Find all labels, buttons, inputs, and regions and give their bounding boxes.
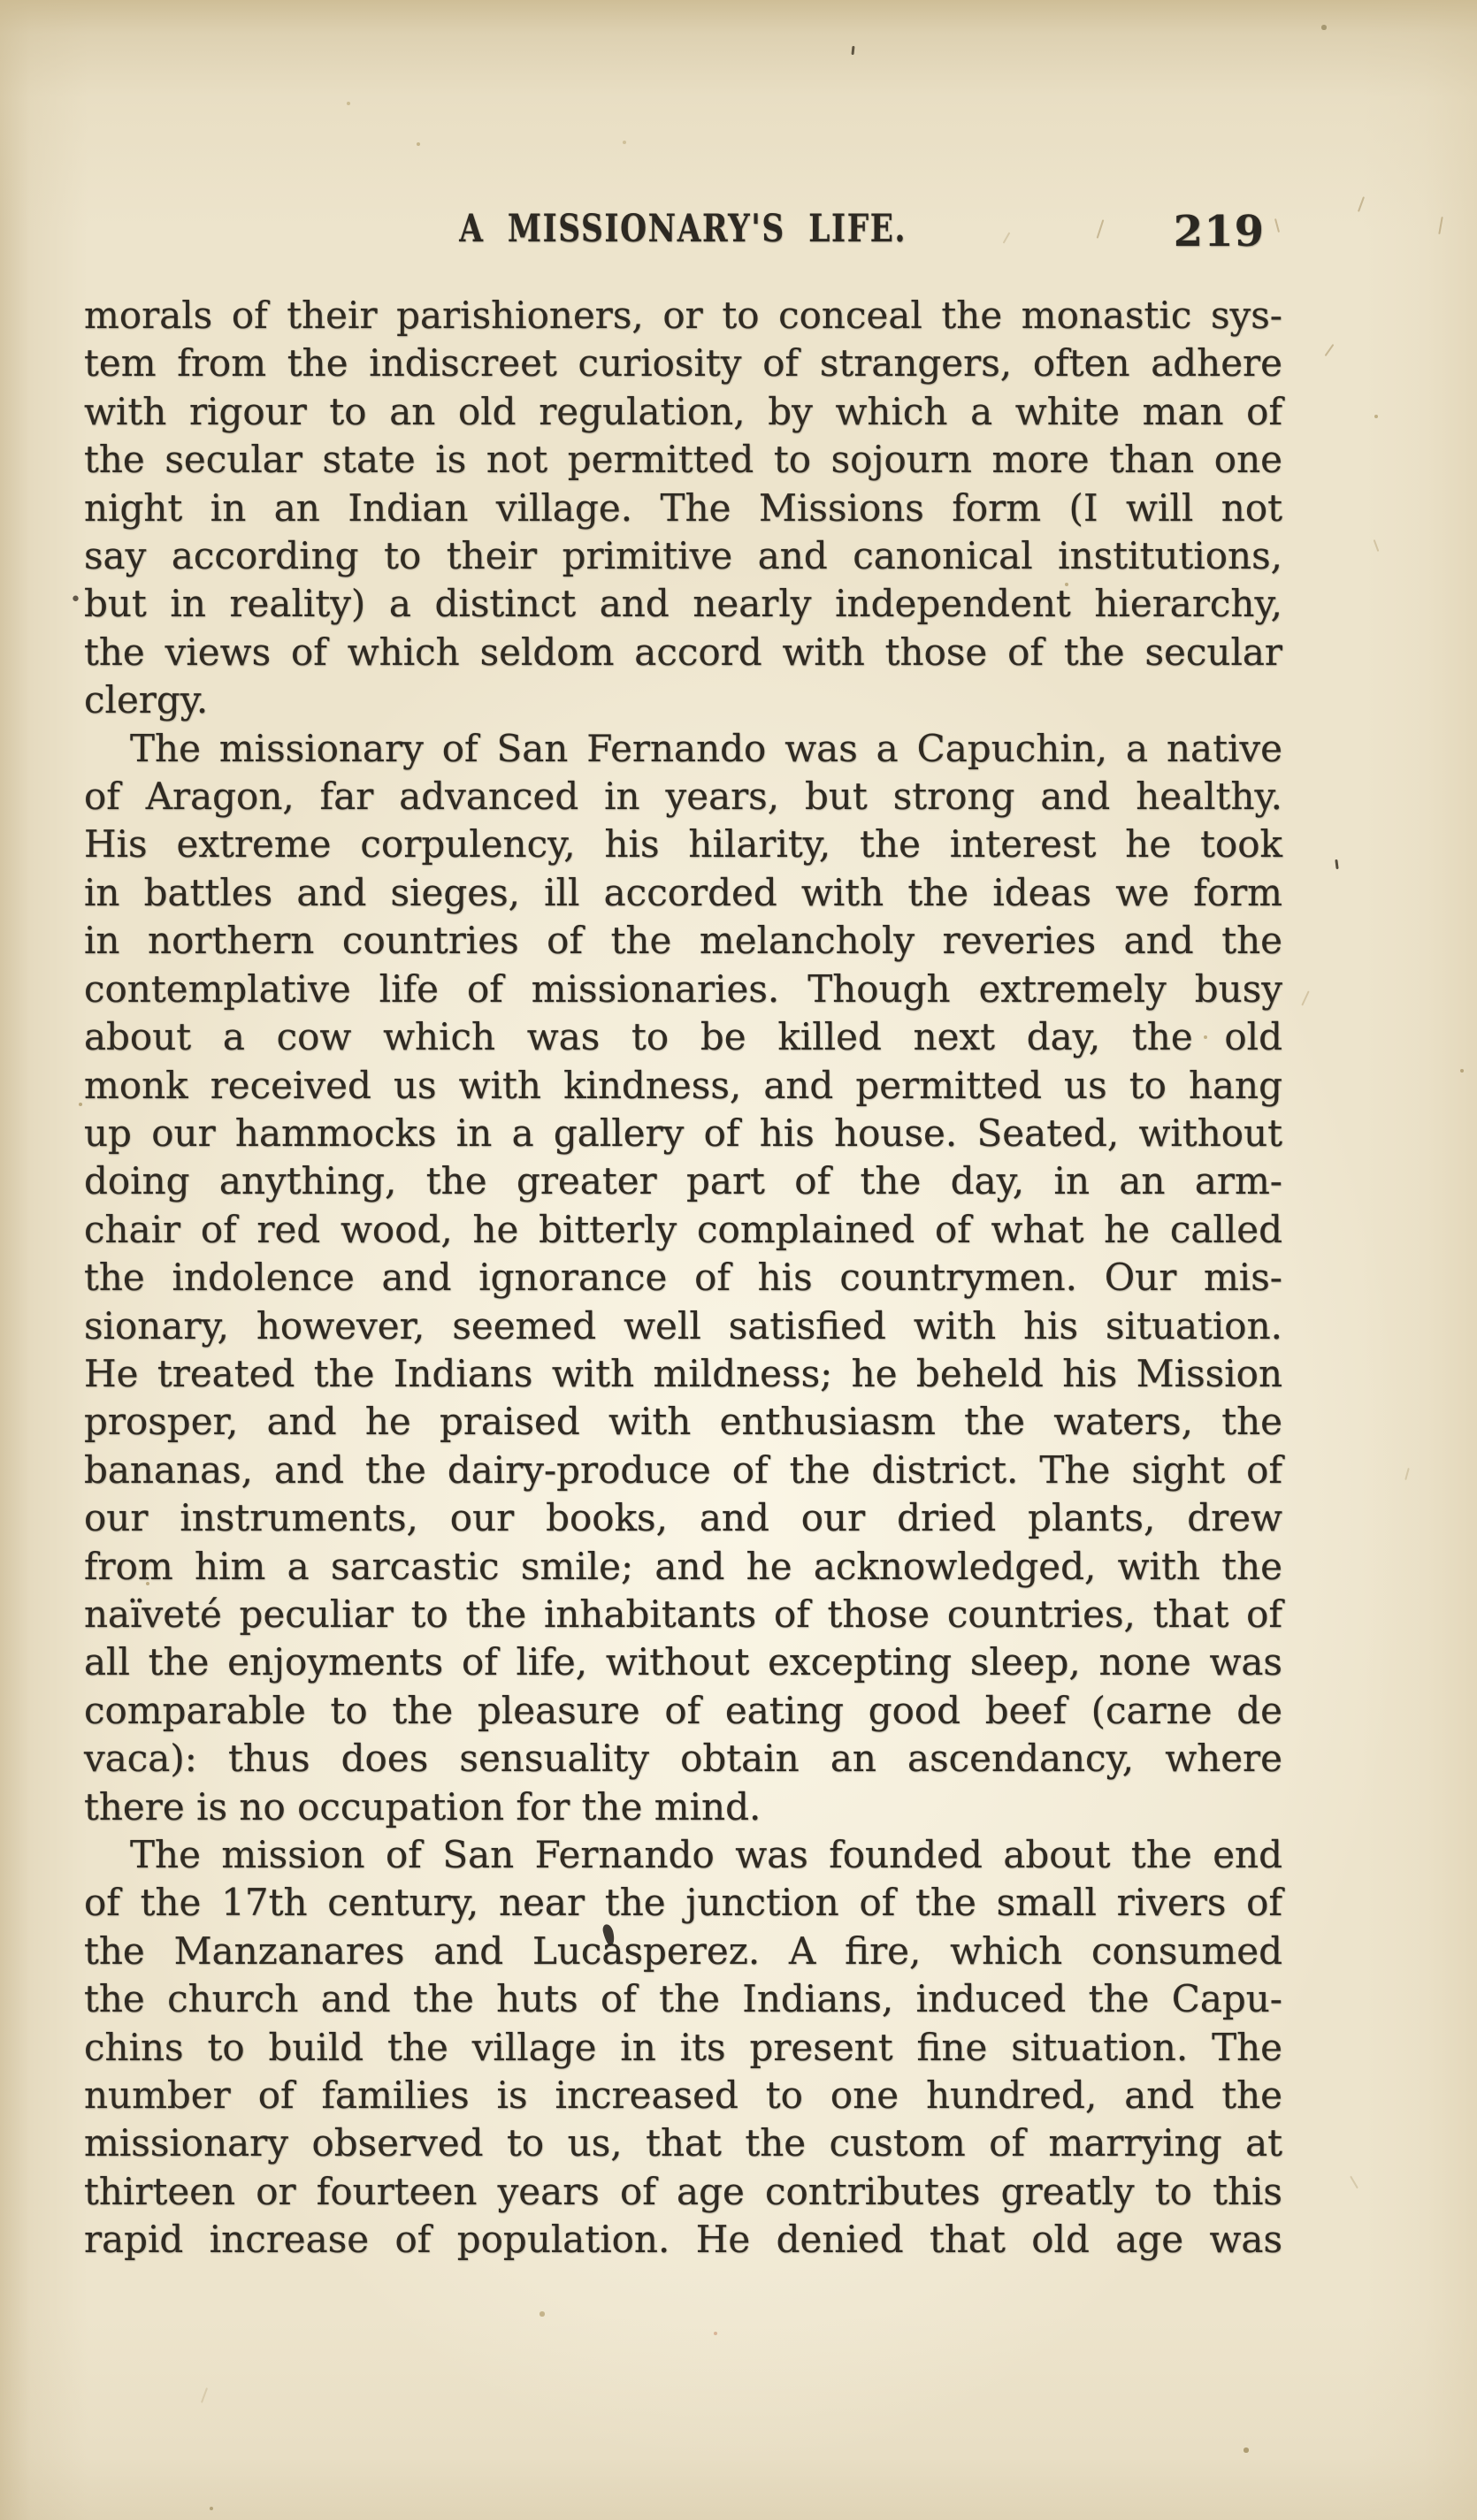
paper-fiber xyxy=(1301,990,1309,1005)
paper-fiber xyxy=(1325,344,1335,356)
text-line: His extreme corpulency, his hilarity, th… xyxy=(84,821,1282,868)
text-line: monk received us with kindness, and perm… xyxy=(84,1062,1282,1110)
text-line: the views of which seldom accord with th… xyxy=(84,629,1282,676)
text-line: •but in reality) a distinct and nearly i… xyxy=(84,580,1282,628)
text-line: the indolence and ignorance of his count… xyxy=(84,1254,1282,1302)
text-line: say according to their primitive and can… xyxy=(84,532,1282,580)
text-line: there is no occupation for the mind. xyxy=(84,1783,1282,1831)
text-line: the secular state is not permitted to so… xyxy=(84,436,1282,484)
text-line: up our hammocks in a gallery of his hous… xyxy=(84,1110,1282,1157)
text-line: our instruments, our books, and our drie… xyxy=(84,1494,1282,1542)
text-line: of Aragon, far advanced in years, but st… xyxy=(84,773,1282,821)
text-line: comparable to the pleasure of eating goo… xyxy=(84,1687,1282,1735)
ink-dot-artifact: • xyxy=(70,591,81,610)
text-line: missionary observed to us, that the cust… xyxy=(84,2119,1282,2167)
page-number: 219 xyxy=(1174,210,1265,253)
text-line: He treated the Indians with mildness; he… xyxy=(84,1350,1282,1398)
ink-tick-artifact xyxy=(1335,859,1338,869)
paper-fiber xyxy=(1404,1468,1410,1480)
ink-tick-artifact xyxy=(851,46,854,55)
text-line: naïveté peculiar to the inhabitants of t… xyxy=(84,1591,1282,1638)
text-line: sionary, however, seemed well satisfied … xyxy=(84,1302,1282,1350)
text-line: the church and the huts of the Indians, … xyxy=(84,1975,1282,2023)
page-header: A MISSIONARY'S LIFE. xyxy=(84,210,1282,256)
text-line: prosper, and he praised with enthusiasm … xyxy=(84,1398,1282,1446)
paragraph-2: The missionary of San Fernando was a Cap… xyxy=(84,725,1282,1831)
paper-fiber xyxy=(201,2387,208,2403)
paper-fiber xyxy=(1350,2176,1358,2189)
text-line: clergy. xyxy=(84,676,1282,724)
text-line: doing anything, the greater part of the … xyxy=(84,1157,1282,1205)
paper-fiber xyxy=(1374,539,1380,552)
text-line: number of families is increased to one h… xyxy=(84,2072,1282,2119)
text-line: thirteen or fourteen years of age contri… xyxy=(84,2168,1282,2216)
text-line: chins to build the village in its presen… xyxy=(84,2024,1282,2072)
paper-fiber xyxy=(1358,196,1365,212)
text-line: tem from the indiscreet curiosity of str… xyxy=(84,340,1282,387)
text-line: bananas, and the dairy-produce of the di… xyxy=(84,1447,1282,1494)
text-line: with rigour to an old regulation, by whi… xyxy=(84,388,1282,436)
text-line: vaca): thus does sensuality obtain an as… xyxy=(84,1735,1282,1783)
running-title: A MISSIONARY'S LIFE. xyxy=(460,210,907,248)
text-line: of the 17th century, near the junction o… xyxy=(84,1879,1282,1927)
paragraph-1: morals of their parishioners, or to conc… xyxy=(84,292,1282,725)
text-line: The missionary of San Fernando was a Cap… xyxy=(84,725,1282,773)
text-line-text: but in reality) a distinct and nearly in… xyxy=(84,582,1282,625)
text-line: contemplative life of missionaries. Thou… xyxy=(84,966,1282,1013)
text-line: rapid increase of population. He denied … xyxy=(84,2216,1282,2264)
text-line: morals of their parishioners, or to conc… xyxy=(84,292,1282,340)
text-block: morals of their parishioners, or to conc… xyxy=(84,292,1282,2264)
text-line: about a cow which was to be killed next … xyxy=(84,1013,1282,1061)
paper-fiber xyxy=(1438,217,1443,234)
text-line: in northern countries of the melancholy … xyxy=(84,917,1282,965)
text-line: in battles and sieges, ill accorded with… xyxy=(84,869,1282,917)
book-page: A MISSIONARY'S LIFE. 219 morals of their… xyxy=(0,0,1477,2520)
paragraph-3: The mission of San Fernando was founded … xyxy=(84,1831,1282,2264)
paper-specks xyxy=(0,0,2,2)
text-line: all the enjoyments of life, without exce… xyxy=(84,1638,1282,1686)
text-line: night in an Indian village. The Missions… xyxy=(84,485,1282,532)
text-line: the Manzanares and Lucasperez. A fire, w… xyxy=(84,1928,1282,1975)
text-line: from him a sarcastic smile; and he ackno… xyxy=(84,1543,1282,1591)
text-line: The mission of San Fernando was founded … xyxy=(84,1831,1282,1879)
text-line: chair of red wood, he bitterly complaine… xyxy=(84,1206,1282,1254)
